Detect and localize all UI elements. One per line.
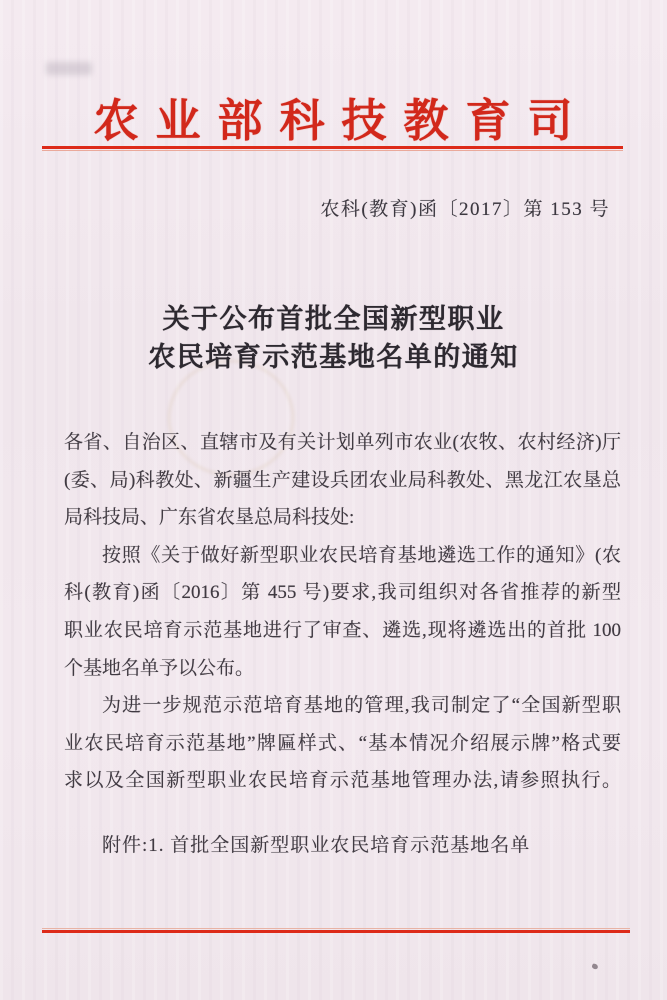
body-line: 求以及全国新型职业农民培育示范基地管理办法,请参照执行。 — [64, 762, 621, 800]
salutation-line: 各省、自治区、直辖市及有关计划单列市农业(农牧、农村经济)厅 — [64, 424, 621, 462]
scan-artifact-smudge — [46, 62, 92, 75]
body-line: 科(教育)函〔2016〕第 455 号)要求,我司组织对各省推荐的新型 — [64, 574, 621, 612]
body-line: 为进一步规范示范培育基地的管理,我司制定了“全国新型职 — [64, 687, 621, 725]
issuing-department-title: 农业部科技教育司 — [8, 84, 667, 149]
document-number: 农科(教育)函〔2017〕第 153 号 — [320, 194, 610, 221]
document-title-line1: 关于公布首批全国新型职业 — [0, 300, 667, 338]
document-title: 关于公布首批全国新型职业 农民培育示范基地名单的通知 — [0, 300, 667, 376]
footer-rule — [42, 928, 630, 934]
attachment-line: 附件:1. 首批全国新型职业农民培育示范基地名单 — [102, 830, 530, 857]
salutation-line: (委、局)科教处、新疆生产建设兵团农业局科教处、黑龙江农垦总 — [64, 462, 621, 500]
scan-artifact-speck — [591, 963, 598, 970]
header-rule — [42, 146, 623, 152]
scanned-document-page: 农业部科技教育司 农科(教育)函〔2017〕第 153 号 关于公布首批全国新型… — [0, 0, 667, 1000]
salutation-line: 局科技局、广东省农垦总局科技处: — [64, 499, 621, 537]
body-line: 业农民培育示范基地”牌匾样式、“基本情况介绍展示牌”格式要 — [64, 725, 621, 763]
document-body: 各省、自治区、直辖市及有关计划单列市农业(农牧、农村经济)厅 (委、局)科教处、… — [64, 424, 621, 800]
body-line: 按照《关于做好新型职业农民培育基地遴选工作的通知》(农 — [64, 537, 621, 575]
document-title-line2: 农民培育示范基地名单的通知 — [0, 338, 667, 376]
body-line: 职业农民培育示范基地进行了审查、遴选,现将遴选出的首批 100 — [64, 612, 621, 650]
body-line: 个基地名单予以公布。 — [64, 650, 621, 688]
